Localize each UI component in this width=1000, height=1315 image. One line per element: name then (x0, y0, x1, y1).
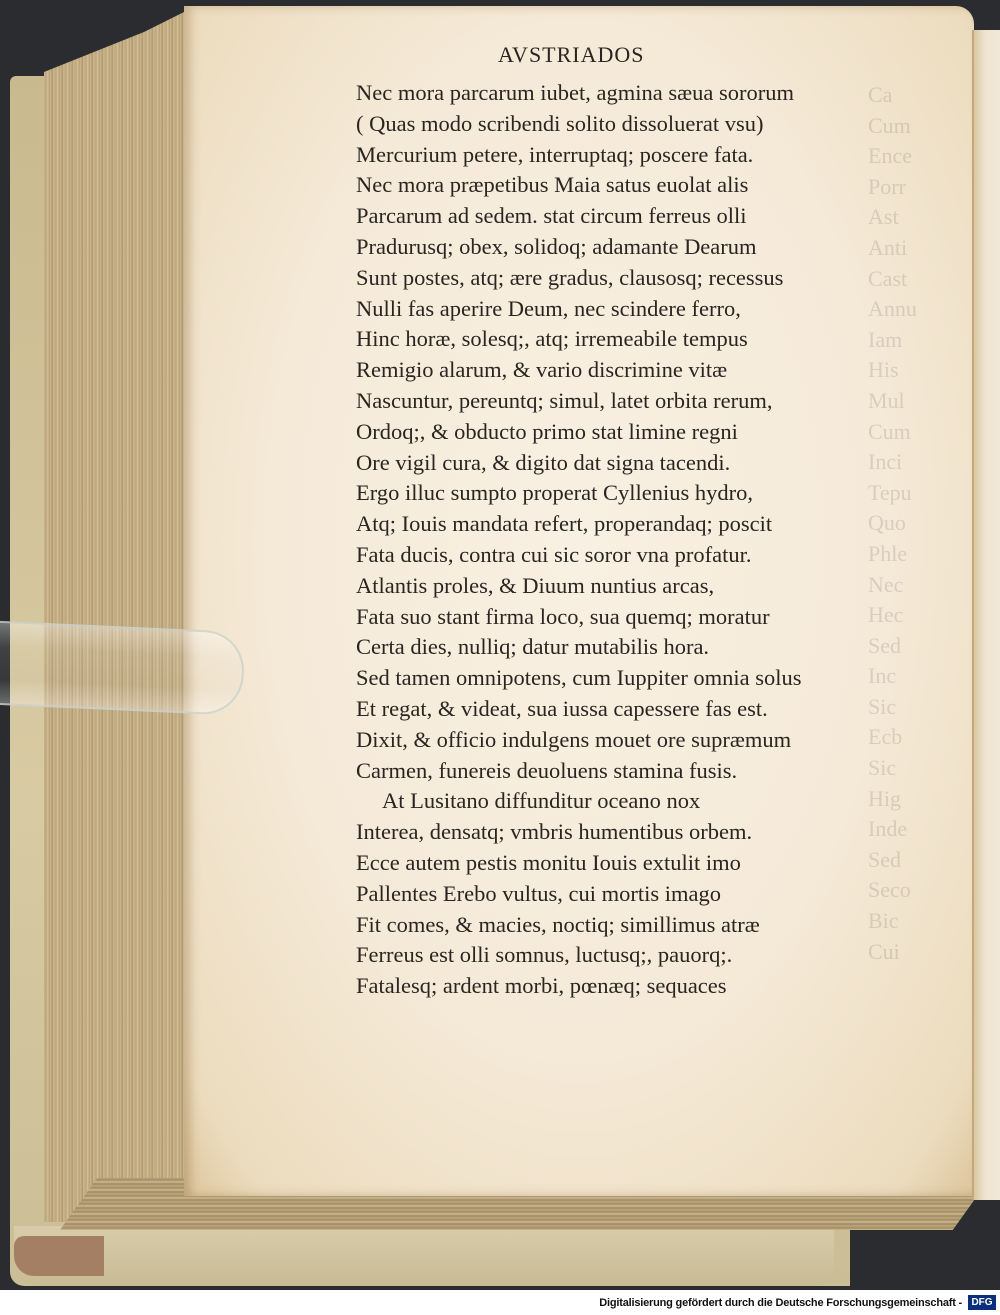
bleed-through-line: His (868, 355, 968, 386)
verse-line: Interea, densatq; vmbris humentibus orbe… (356, 817, 876, 848)
verse-line: Nec mora parcarum iubet, agmina sæua sor… (356, 78, 876, 109)
bleed-through-line: Hec (868, 600, 968, 631)
bleed-through-line: Cum (868, 111, 968, 142)
bleed-through-line: Sic (868, 692, 968, 723)
verse-line: Fata suo stant firma loco, sua quemq; mo… (356, 602, 876, 633)
bleed-through-line: Annu (868, 294, 968, 325)
verse-line: Mercurium petere, interruptaq; poscere f… (356, 140, 876, 171)
bleed-through-line: Inc (868, 661, 968, 692)
verse-line: Fatalesq; ardent morbi, pœnæq; sequaces (356, 971, 876, 1002)
verse-line: Nascuntur, pereuntq; simul, latet orbita… (356, 386, 876, 417)
glass-page-holder-rod (0, 620, 246, 716)
verse-line: Ordoq;, & obducto primo stat limine regn… (356, 417, 876, 448)
verse-line: Ecce autem pestis monitu Iouis extulit i… (356, 848, 876, 879)
bleed-through-line: Anti (868, 233, 968, 264)
bleed-through-line: Ast (868, 202, 968, 233)
bleed-through-line: Bic (868, 906, 968, 937)
facing-page (972, 30, 1000, 1200)
bleed-through-line: Sed (868, 631, 968, 662)
bleed-through-line: Seco (868, 875, 968, 906)
page-stack-fore-edge (44, 12, 184, 1222)
dfg-logo-icon: DFG (968, 1295, 996, 1310)
verse-line: Et regat, & videat, sua iussa capessere … (356, 694, 876, 725)
book-scan: CaCumEncePorrAstAntiCastAnnuIamHisMulCum… (0, 0, 1000, 1290)
verse-line: Fata ducis, contra cui sic soror vna pro… (356, 540, 876, 571)
verse-line: Parcarum ad sedem. stat circum ferreus o… (356, 201, 876, 232)
bleed-through-line: Quo (868, 508, 968, 539)
bleed-through-line: Inci (868, 447, 968, 478)
cover-corner-leather (14, 1236, 104, 1276)
verse-line: ( Quas modo scribendi solito dissoluerat… (356, 109, 876, 140)
verse-line: Fit comes, & macies, noctiq; simillimus … (356, 910, 876, 941)
verse-line: Pallentes Erebo vultus, cui mortis imago (356, 879, 876, 910)
bleed-through-line: Cui (868, 937, 968, 968)
bleed-through-line: Nec (868, 570, 968, 601)
bleed-through-line: Porr (868, 172, 968, 203)
cover-bottom-edge (14, 1226, 834, 1286)
verse-line: Atq; Iouis mandata refert, properandaq; … (356, 509, 876, 540)
bleed-through-line: Phle (868, 539, 968, 570)
bleed-through-line: Ca (868, 80, 968, 111)
bleed-through-line: Cum (868, 417, 968, 448)
verse-line: Dixit, & officio indulgens mouet ore sup… (356, 725, 876, 756)
verse-line: Pradurusq; obex, solidoq; adamante Dearu… (356, 232, 876, 263)
running-head: AVSTRIADOS (498, 42, 645, 68)
bleed-through-line: Cast (868, 264, 968, 295)
footer-bar: Digitalisierung gefördert durch die Deut… (0, 1290, 1000, 1315)
verse-line: Atlantis proles, & Diuum nuntius arcas, (356, 571, 876, 602)
bleed-through-line: Hig (868, 784, 968, 815)
verse-line: Sunt postes, atq; ære gradus, clausosq; … (356, 263, 876, 294)
bleed-through-line: Tepu (868, 478, 968, 509)
verse-line: Ferreus est olli somnus, luctusq;, pauor… (356, 940, 876, 971)
verse-line: Carmen, funereis deuoluens stamina fusis… (356, 756, 876, 787)
bleed-through-line: Inde (868, 814, 968, 845)
bleed-through-line: Iam (868, 325, 968, 356)
verse-line: Certa dies, nulliq; datur mutabilis hora… (356, 632, 876, 663)
poem-text-block: Nec mora parcarum iubet, agmina sæua sor… (356, 78, 876, 1002)
bleed-through-line: Mul (868, 386, 968, 417)
verse-line: Hinc horæ, solesq;, atq; irremeabile tem… (356, 324, 876, 355)
verse-line: Remigio alarum, & vario discrimine vitæ (356, 355, 876, 386)
verse-line: Ore vigil cura, & digito dat signa tacen… (356, 448, 876, 479)
verse-line: Sed tamen omnipotens, cum Iuppiter omnia… (356, 663, 876, 694)
bleed-through-line: Sed (868, 845, 968, 876)
funding-attribution: Digitalisierung gefördert durch die Deut… (599, 1297, 962, 1309)
verse-line: At Lusitano diffunditur oceano nox (356, 786, 876, 817)
bleed-through-line: Ecb (868, 722, 968, 753)
bleed-through-line: Ence (868, 141, 968, 172)
bleed-through-text: CaCumEncePorrAstAntiCastAnnuIamHisMulCum… (868, 80, 968, 1040)
bleed-through-line: Sic (868, 753, 968, 784)
verse-line: Nec mora præpetibus Maia satus euolat al… (356, 170, 876, 201)
verse-line: Ergo illuc sumpto properat Cyllenius hyd… (356, 478, 876, 509)
verse-line: Nulli fas aperire Deum, nec scindere fer… (356, 294, 876, 325)
